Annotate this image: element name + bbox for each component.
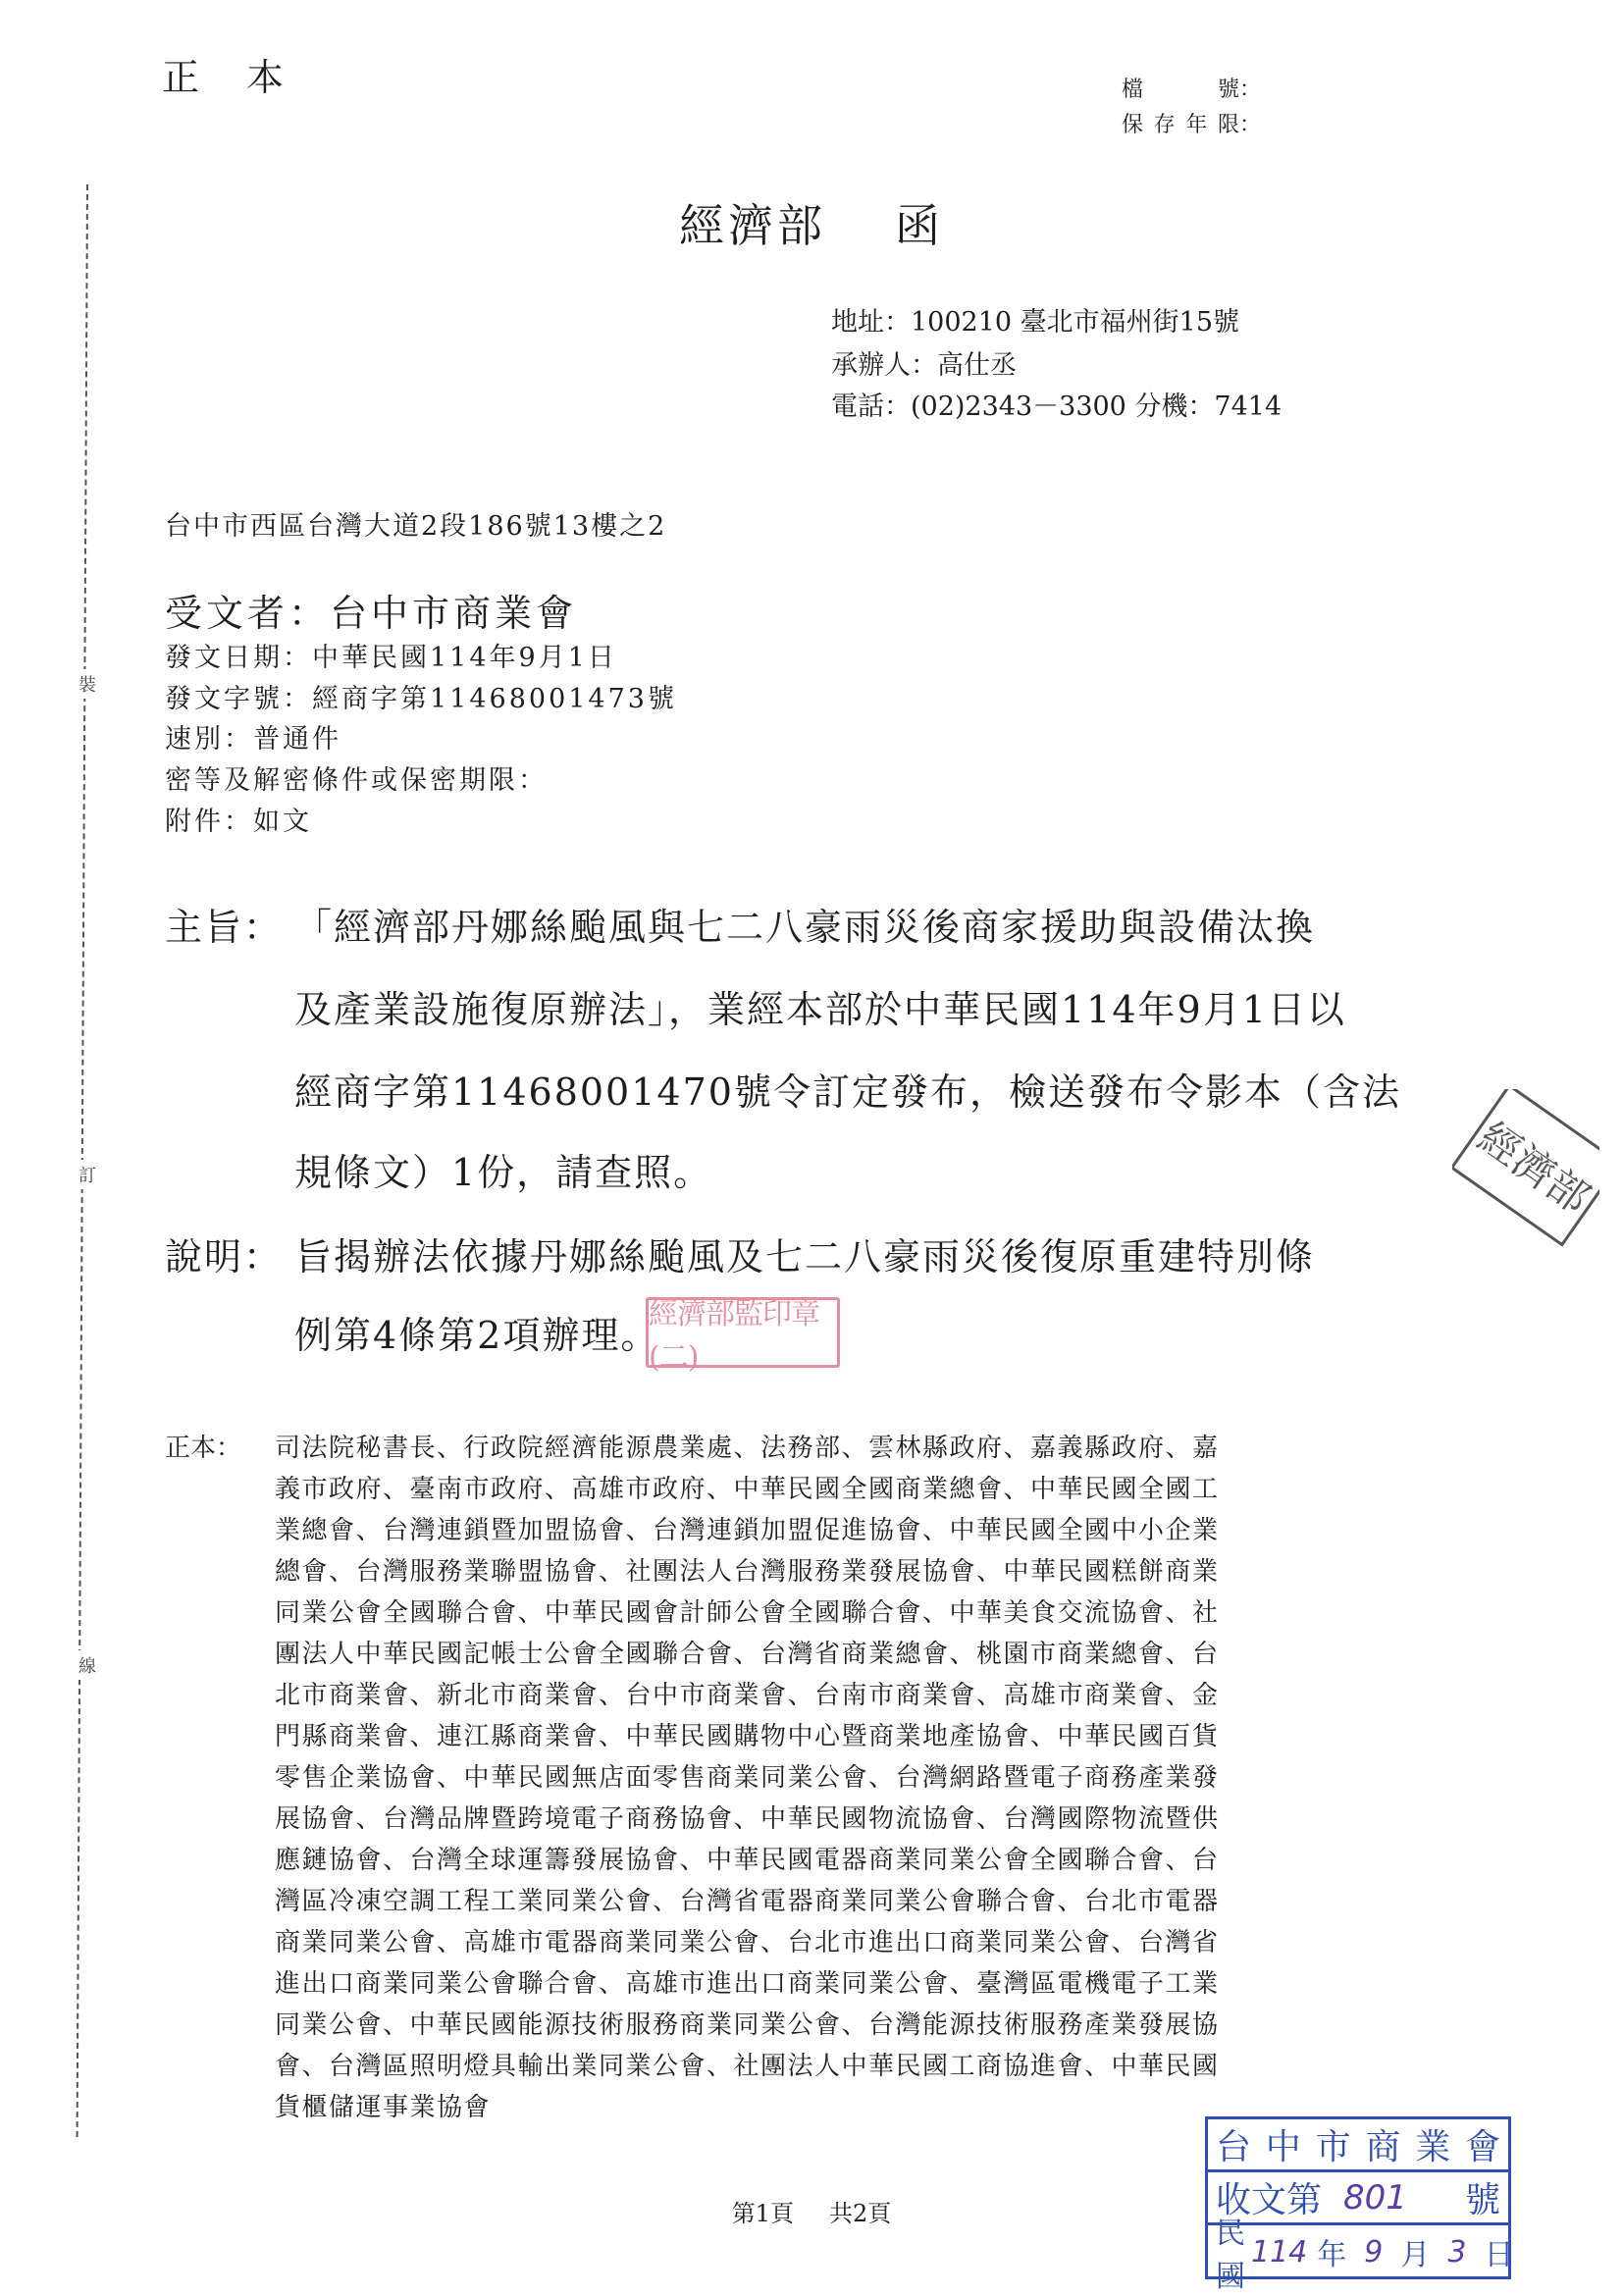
document-number-row: 發文字號：經商字第11468001473號 — [165, 677, 677, 715]
ministry-official-seal-clip: 經濟部 — [1452, 1089, 1599, 1266]
recipient: 受文者：台中市商業會 — [165, 583, 577, 637]
distribution-line: 團法人中華民國記帳士公會全國聯合會、台灣省商業總會、桃園市商業總會、台 — [275, 1634, 1220, 1670]
receipt-month: 9 — [1364, 2235, 1383, 2270]
urgency-label: 速別： — [165, 724, 253, 755]
receipt-suffix: 號 — [1465, 2172, 1500, 2222]
attachment-value: 如文 — [253, 807, 312, 837]
issue-date-value: 中華民國114年9月1日 — [312, 643, 617, 673]
distribution-line: 進出口商業同業公會聯合會、高雄市進出口商業同業公會、臺灣區電機電子工業 — [275, 1963, 1220, 2000]
distribution-line: 業總會、台灣連鎖暨加盟協會、台灣連鎖加盟促進協會、中華民國全國中小企業 — [275, 1510, 1220, 1546]
distribution-line: 展協會、台灣品牌暨跨境電子商務協會、中華民國物流協會、台灣國際物流暨供 — [275, 1799, 1220, 1835]
distribution-line: 司法院秘書長、行政院經濟能源農業處、法務部、雲林縣政府、嘉義縣政府、嘉 — [275, 1428, 1220, 1464]
explanation-line: 旨揭辦法依據丹娜絲颱風及七二八豪雨災後復原重建特別條 — [294, 1226, 1315, 1280]
urgency-row: 速別：普通件 — [165, 717, 341, 756]
file-number-label: 檔號 — [1122, 73, 1239, 103]
distribution-line: 北市商業會、新北市商業會、台中市商業會、台南市商業會、高雄市商業會、金 — [275, 1675, 1220, 1711]
distribution-line: 會、台灣區照明燈具輸出業同業公會、社團法人中華民國工商協進會、中華民國 — [275, 2046, 1220, 2082]
receipt-stamp-org: 台 中 市 商 業 會 — [1208, 2119, 1508, 2172]
sender-phone: 電話：(02)2343－3300 分機：7414 — [831, 385, 1282, 423]
distribution-label: 正本： — [165, 1428, 241, 1464]
receipt-stamp: 台 中 市 商 業 會 收文第 801 號 民國 114 年 9 月 3 日 — [1205, 2116, 1511, 2279]
retention-field: 保存年限： — [1122, 108, 1261, 138]
file-number-field: 檔號： — [1122, 73, 1261, 103]
copy-mark: 正本 — [162, 47, 331, 101]
subject-line: 規條文）1份，請查照。 — [294, 1142, 712, 1196]
page-total: 共2頁 — [829, 2200, 891, 2227]
issuing-org: 經濟部 — [679, 199, 826, 252]
distribution-line: 總會、台灣服務業聯盟協會、社團法人台灣服務業發展協會、中華民國糕餅商業 — [275, 1551, 1220, 1588]
stamp-char: 市 — [1316, 2119, 1351, 2169]
distribution-line: 商業同業公會、高雄市電器商業同業公會、台北市進出口商業同業公會、台灣省 — [275, 1922, 1220, 1958]
receipt-year-label: 年 — [1317, 2230, 1346, 2273]
issue-date-label: 發文日期： — [165, 643, 312, 673]
stamp-char: 台 — [1216, 2119, 1251, 2169]
retention-colon: ： — [1239, 113, 1261, 137]
subject-label: 主旨： — [165, 897, 294, 951]
classification-row: 密等及解密條件或保密期限： — [165, 758, 548, 797]
sender-address: 地址：100210 臺北市福州街15號 — [831, 300, 1239, 339]
urgency-value: 普通件 — [253, 724, 341, 755]
receipt-day-label: 日 — [1484, 2230, 1513, 2273]
binding-mark-ding: 訂 — [79, 1160, 96, 1189]
subject-line: 及產業設施復原辦法」，業經本部於中華民國114年9月1日以 — [294, 979, 1346, 1033]
distribution-line: 門縣商業會、連江縣商業會、中華民國購物中心暨商業地產協會、中華民國百貨 — [275, 1716, 1220, 1752]
distribution-line: 同業公會、中華民國能源技術服務商業同業公會、台灣能源技術服務產業發展協 — [275, 2005, 1220, 2041]
subject-line: 「經濟部丹娜絲颱風與七二八豪雨災後商家援助與設備汰換 — [294, 897, 1315, 951]
receipt-month-label: 月 — [1400, 2230, 1430, 2273]
receipt-year: 114 — [1251, 2235, 1307, 2270]
subject-section: 主旨： 「經濟部丹娜絲颱風與七二八豪雨災後商家援助與設備汰換 及產業設施復原辦法… — [165, 897, 1539, 1221]
document-title: 經濟部函 — [0, 190, 1623, 255]
distribution-line: 應鏈協會、台灣全球運籌發展協會、中華民國電器商業同業公會全國聯合會、台 — [275, 1840, 1220, 1876]
stamp-char: 中 — [1266, 2119, 1301, 2169]
receipt-day: 3 — [1447, 2235, 1466, 2270]
retention-label: 保存年限 — [1122, 108, 1239, 138]
page-number: 第1頁 — [732, 2200, 794, 2227]
binding-mark-xian: 線 — [79, 1650, 96, 1680]
sender-contact: 承辦人：高仕丞 — [831, 343, 1017, 382]
stamp-char: 商 — [1365, 2119, 1400, 2169]
distribution-line: 零售企業協會、中華民國無店面零售商業同業公會、台灣網路暨電子商務產業發 — [275, 1757, 1220, 1794]
stamp-char: 業 — [1415, 2119, 1450, 2169]
attachment-row: 附件：如文 — [165, 800, 312, 838]
receipt-number: 801 — [1322, 2178, 1465, 2218]
document-number-label: 發文字號： — [165, 684, 312, 714]
distribution-line: 灣區冷凍空調工程工業同業公會、台灣省電器商業同業公會聯合會、台北市電器 — [275, 1881, 1220, 1917]
receipt-date-row: 民國 114 年 9 月 3 日 — [1208, 2225, 1508, 2278]
recipient-address: 台中市西區台灣大道2段186號13樓之2 — [165, 504, 666, 543]
file-number-colon: ： — [1239, 78, 1261, 102]
explanation-line: 例第4條第2項辦理。 — [294, 1305, 659, 1359]
distribution-line: 義市政府、臺南市政府、高雄市政府、中華民國全國商業總會、中華民國全國工 — [275, 1469, 1220, 1505]
distribution-line: 同業公會全國聯合會、中華民國會計師公會全國聯合會、中華美食交流協會、社 — [275, 1592, 1220, 1629]
explanation-section: 說明： 旨揭辦法依據丹娜絲颱風及七二八豪雨災後復原重建特別條 例第4條第2項辦理… — [165, 1226, 1539, 1374]
classification-label: 密等及解密條件或保密期限： — [165, 765, 548, 796]
subject-line: 經商字第11468001470號令訂定發布，檢送發布令影本（含法 — [294, 1062, 1401, 1116]
receipt-number-row: 收文第 801 號 — [1208, 2172, 1508, 2225]
ministry-seal-stamp: 經濟部監印章(二) — [646, 1297, 840, 1368]
receipt-date-prefix: 民國 — [1216, 2209, 1245, 2295]
issue-date-row: 發文日期：中華民國114年9月1日 — [165, 636, 617, 674]
distribution-line: 貨櫃儲運事業協會 — [275, 2087, 491, 2123]
ministry-official-seal: 經濟部 — [1452, 1089, 1599, 1247]
explanation-label: 說明： — [165, 1226, 294, 1280]
document-type: 函 — [895, 199, 944, 252]
binding-mark-zhuang: 裝 — [79, 669, 96, 699]
attachment-label: 附件： — [165, 807, 253, 837]
stamp-char: 會 — [1465, 2119, 1500, 2169]
distribution-list: 正本： 司法院秘書長、行政院經濟能源農業處、法務部、雲林縣政府、嘉義縣政府、嘉 … — [165, 1428, 1470, 2134]
document-number-value: 經商字第11468001473號 — [312, 684, 677, 714]
